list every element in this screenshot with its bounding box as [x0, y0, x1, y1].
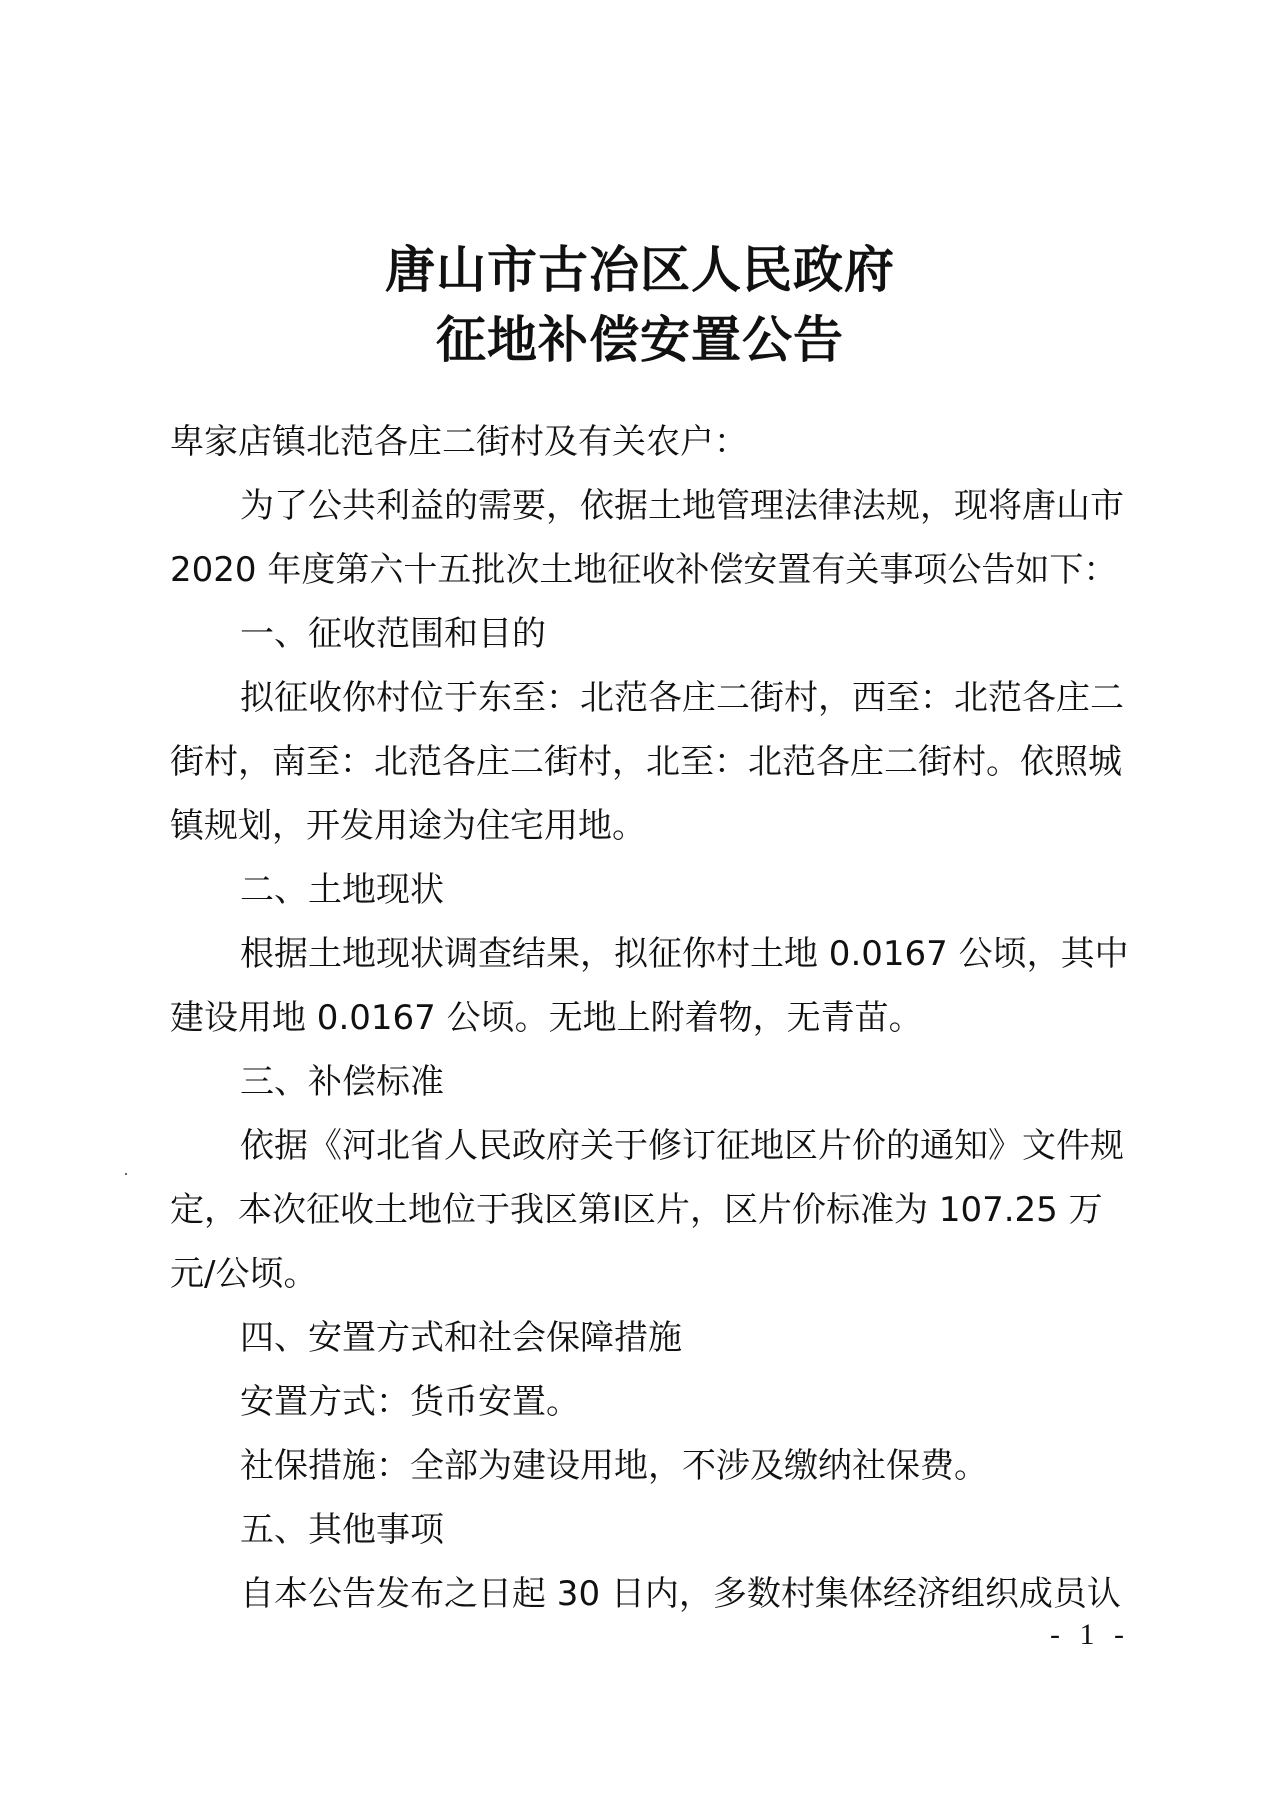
salutation: 卑家店镇北范各庄二街村及有关农户：: [170, 420, 1130, 464]
section-5-line-1: 自本公告发布之日起 30 日内，多数村集体经济组织成员认: [240, 1572, 1200, 1616]
intro-line-1: 为了公共利益的需要，依据土地管理法律法规，现将唐山市: [240, 484, 1200, 528]
section-3-line-1: 依据《河北省人民政府关于修订征地区片价的通知》文件规: [240, 1124, 1200, 1168]
section-1-line-2: 街村，南至：北范各庄二街村，北至：北范各庄二街村。依照城: [170, 740, 1130, 784]
intro-line-2: 2020 年度第六十五批次土地征收补偿安置有关事项公告如下：: [170, 548, 1130, 592]
scan-speck: [125, 1173, 127, 1175]
section-1-line-3: 镇规划，开发用途为住宅用地。: [170, 804, 1130, 848]
section-2-line-2: 建设用地 0.0167 公顷。无地上附着物，无青苗。: [170, 996, 1130, 1040]
document-title-line-2: 征地补偿安置公告: [0, 310, 1280, 370]
section-3-line-2: 定，本次征收土地位于我区第Ⅰ区片，区片价标准为 107.25 万: [170, 1188, 1130, 1232]
section-2-heading: 二、土地现状: [240, 868, 1200, 912]
section-3-heading: 三、补偿标准: [240, 1060, 1200, 1104]
section-5-heading: 五、其他事项: [240, 1508, 1200, 1552]
section-1-line-1: 拟征收你村位于东至：北范各庄二街村，西至：北范各庄二: [240, 676, 1200, 720]
section-4-heading: 四、安置方式和社会保障措施: [240, 1316, 1200, 1360]
page-number: - 1 -: [1050, 1618, 1130, 1652]
section-4-line-2: 社保措施：全部为建设用地，不涉及缴纳社保费。: [240, 1444, 1200, 1488]
document-title-line-1: 唐山市古冶区人民政府: [0, 240, 1280, 300]
section-1-heading: 一、征收范围和目的: [240, 612, 1200, 656]
section-2-line-1: 根据土地现状调查结果，拟征你村土地 0.0167 公顷，其中: [240, 932, 1200, 976]
section-4-line-1: 安置方式：货币安置。: [240, 1380, 1200, 1424]
section-3-line-3: 元/公顷。: [170, 1252, 1130, 1296]
